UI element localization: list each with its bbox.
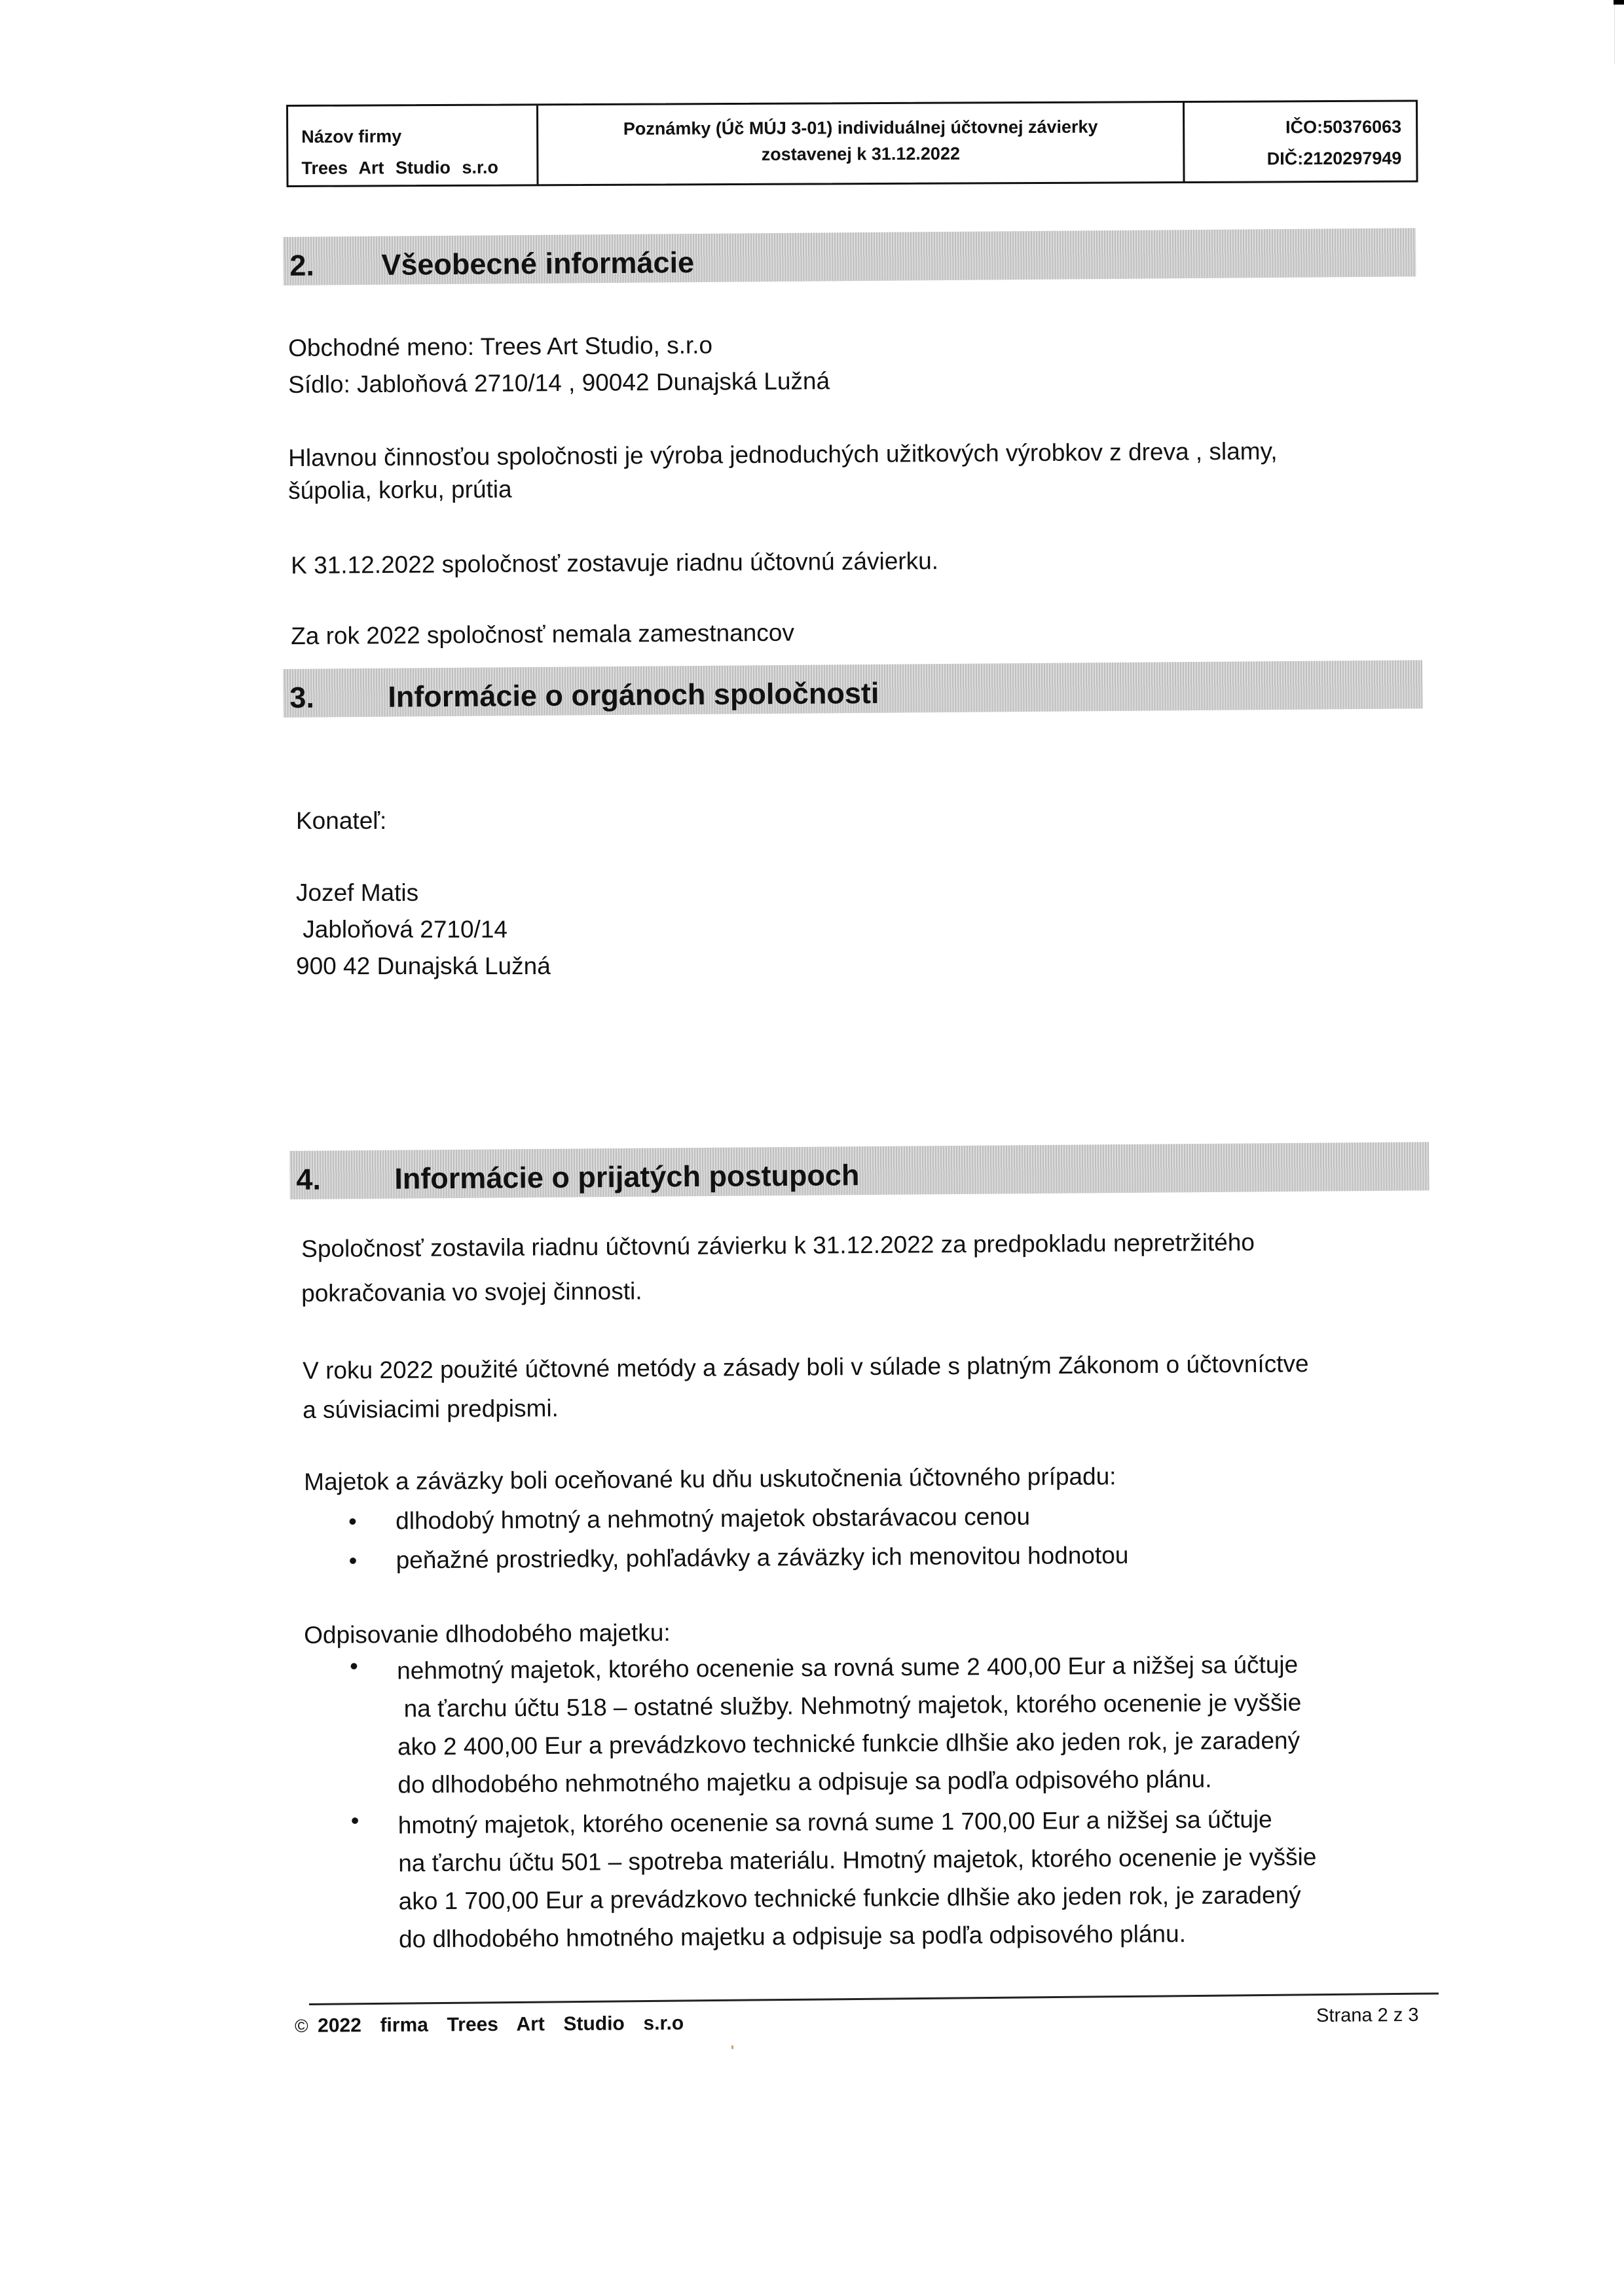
- role-label: Konateľ:: [296, 803, 386, 839]
- executive-city: 900 42 Dunajská Lužná: [296, 948, 551, 985]
- depreciation-intro: Odpisovanie dlhodobého majetku:: [304, 1614, 671, 1654]
- section-title: Všeobecné informácie: [381, 246, 694, 282]
- valuation-list: • dlhodobý hmotný a nehmotný majetok obs…: [348, 1497, 1129, 1580]
- document-header: Názov firmy Trees Art Studio s.r.o Pozná…: [286, 100, 1418, 187]
- list-item-text: peňažné prostriedky, pohľadávky a záväzk…: [396, 1542, 1128, 1574]
- list-item-line: na ťarchu účtu 501 – spotreba materiálu.…: [398, 1838, 1317, 1883]
- scan-corner-mark: [1614, 0, 1624, 5]
- list-item: • dlhodobý hmotný a nehmotný majetok obs…: [348, 1497, 1128, 1541]
- list-item: • nehmotný majetok, ktorého ocenenie sa …: [350, 1646, 1316, 1804]
- valuation-intro: Majetok a záväzky boli oceňované ku dňu …: [304, 1458, 1116, 1501]
- document-title-line1: Poznámky (Úč MÚJ 3-01) individuálnej účt…: [538, 113, 1183, 142]
- list-item: • hmotný majetok, ktorého ocenenie sa ro…: [351, 1800, 1318, 1959]
- ico-number: IČO:50376063: [1185, 111, 1401, 143]
- list-item-text: dlhodobý hmotný a nehmotný majetok obsta…: [396, 1503, 1030, 1535]
- copyright-text: 2022 firma Trees Art Studio s.r.o: [318, 2013, 684, 2037]
- scan-edge-line: [1614, 5, 1615, 64]
- bullet-icon: •: [351, 1807, 360, 1834]
- header-title-cell: Poznámky (Úč MÚJ 3-01) individuálnej účt…: [538, 103, 1185, 184]
- company-label: Názov firmy: [301, 120, 536, 153]
- going-concern-line1: Spoločnosť zostavila riadnu účtovnú závi…: [301, 1224, 1255, 1267]
- section-heading-company-bodies: 3. Informácie o orgánoch spoločnosti: [283, 660, 1423, 718]
- list-item-line: do dlhodobého hmotného majetku a odpisuj…: [399, 1914, 1318, 1959]
- header-ids-cell: IČO:50376063 DIČ:2120297949: [1185, 101, 1416, 181]
- company-name: Trees Art Studio s.r.o: [301, 151, 536, 184]
- executive-name: Jozef Matis: [296, 875, 418, 911]
- page-number: Strana 2 z 3: [1316, 2005, 1419, 2027]
- section-title: Informácie o prijatých postupoch: [394, 1158, 859, 1196]
- footer-divider: [309, 1992, 1439, 2005]
- section-number: 4.: [289, 1162, 394, 1197]
- main-activity-line2: šúpolia, korku, prútia: [288, 471, 512, 509]
- methods-line2: a súvisiacimi predpismi.: [303, 1390, 559, 1429]
- bullet-icon: •: [348, 1541, 357, 1580]
- depreciation-list: • nehmotný majetok, ktorého ocenenie sa …: [350, 1646, 1317, 1961]
- list-item-line: hmotný majetok, ktorého ocenenie sa rovn…: [398, 1800, 1317, 1845]
- list-item-line: ako 2 400,00 Eur a prevádzkovo technické…: [397, 1722, 1316, 1766]
- methods-line1: V roku 2022 použité účtovné metódy a zás…: [303, 1345, 1309, 1389]
- dic-number: DIČ:2120297949: [1185, 143, 1401, 175]
- list-item: • peňažné prostriedky, pohľadávky a závä…: [348, 1536, 1128, 1580]
- section-heading-accounting-policies: 4. Informácie o prijatých postupoch: [289, 1142, 1430, 1199]
- executive-street: Jabloňová 2710/14: [296, 911, 507, 948]
- list-item-line: na ťarchu účtu 518 – ostatné služby. Neh…: [397, 1684, 1316, 1728]
- financial-statement-note: K 31.12.2022 spoločnosť zostavuje riadnu…: [291, 543, 938, 584]
- employees-note: Za rok 2022 spoločnosť nemala zamestnanc…: [291, 615, 794, 655]
- list-item-line: ako 1 700,00 Eur a prevádzkovo technické…: [398, 1876, 1317, 1921]
- section-number: 3.: [283, 680, 388, 715]
- list-item-line: nehmotný majetok, ktorého ocenenie sa ro…: [397, 1646, 1316, 1690]
- business-name: Obchodné meno: Trees Art Studio, s.r.o: [288, 327, 712, 367]
- section-title: Informácie o orgánoch spoločnosti: [388, 676, 879, 714]
- registered-seat: Sídlo: Jabloňová 2710/14 , 90042 Dunajsk…: [288, 363, 830, 403]
- bullet-icon: •: [348, 1502, 357, 1541]
- section-heading-general-info: 2. Všeobecné informácie: [283, 228, 1416, 285]
- bullet-icon: •: [350, 1652, 358, 1680]
- section-number: 2.: [283, 248, 381, 283]
- footer-copyright: © 2022 firma Trees Art Studio s.r.o: [295, 2013, 684, 2037]
- copyright-icon: ©: [295, 2016, 308, 2036]
- main-activity-line1: Hlavnou činnosťou spoločnosti je výroba …: [288, 433, 1278, 477]
- list-item-line: do dlhodobého nehmotného majetku a odpis…: [397, 1760, 1316, 1804]
- scan-speck: [731, 2045, 733, 2049]
- header-company-cell: Názov firmy Trees Art Studio s.r.o: [288, 105, 539, 185]
- document-title-line2: zostavenej k 31.12.2022: [538, 139, 1183, 168]
- going-concern-line2: pokračovania vo svojej činnosti.: [301, 1273, 642, 1312]
